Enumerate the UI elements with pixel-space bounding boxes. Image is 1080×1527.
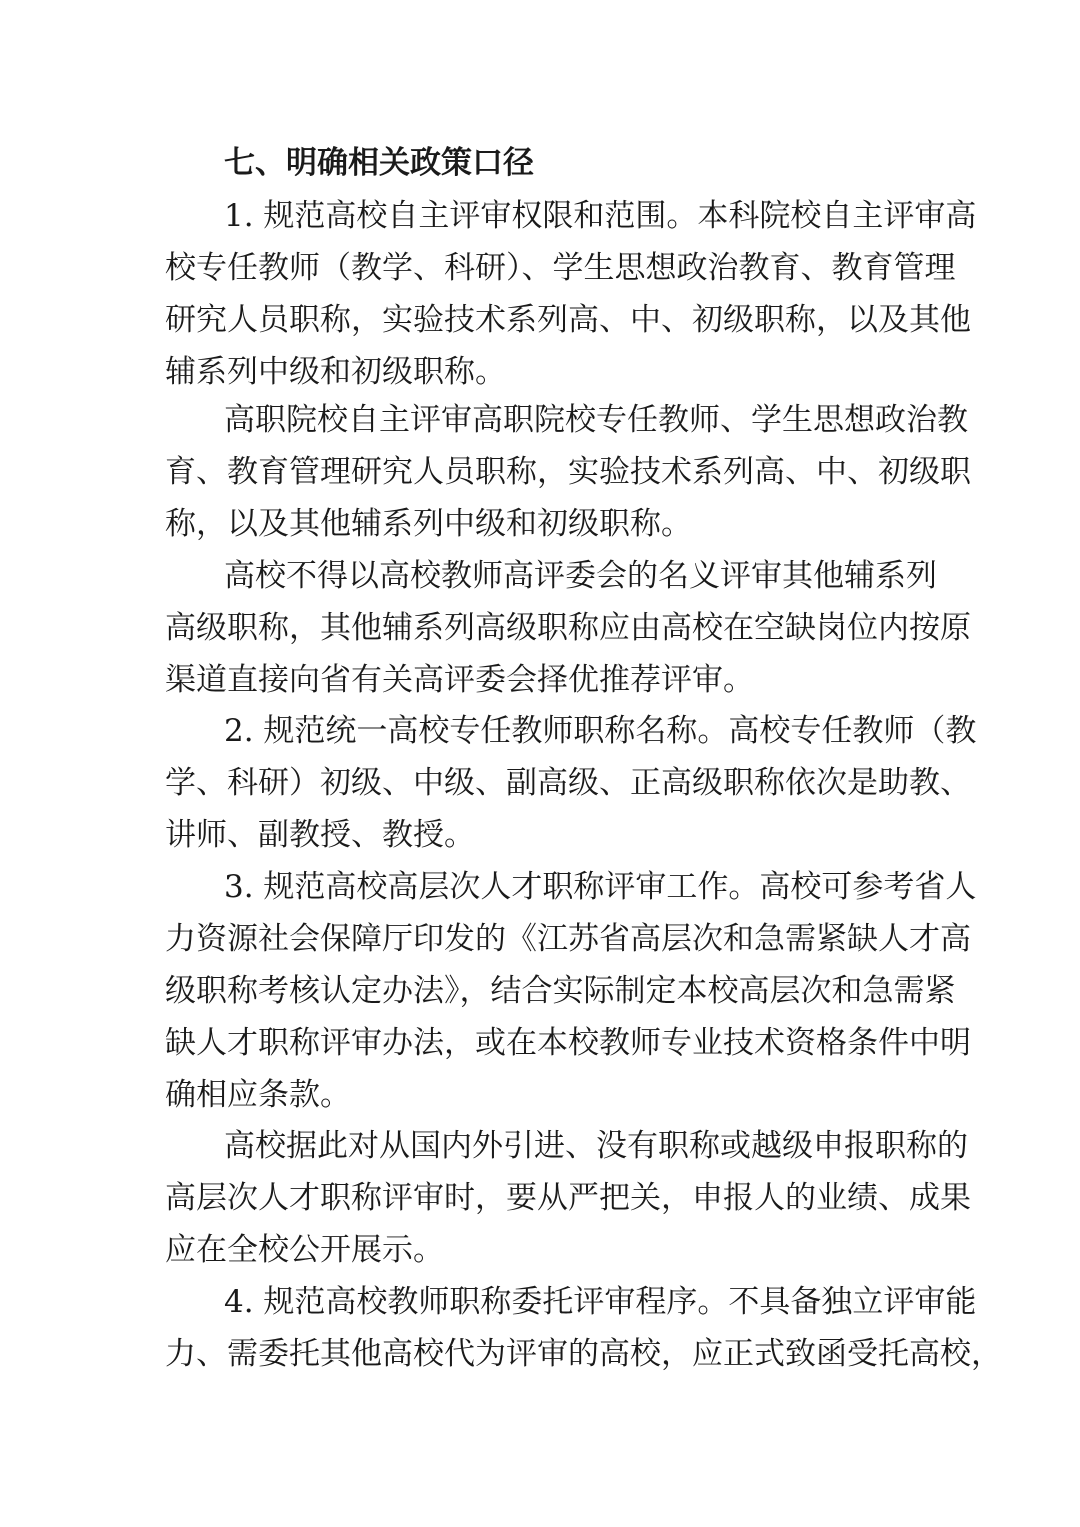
paragraph-6-line-1: 高校据此对从国内外引进、没有职称或越级申报职称的 <box>224 1120 917 1172</box>
section-heading: 七、明确相关政策口径 <box>224 137 917 189</box>
paragraph-4-line-2: 学、科研）初级、中级、副高级、正高级职称依次是助教、 <box>165 757 917 809</box>
paragraph-5-line-5: 确相应条款。 <box>165 1069 917 1121</box>
paragraph-3-line-3: 渠道直接向省有关高评委会择优推荐评审。 <box>165 654 917 706</box>
paragraph-7-line-2: 力、需委托其他高校代为评审的高校，应正式致函受托高校， <box>165 1328 917 1380</box>
paragraph-1-line-3: 研究人员职称，实验技术系列高、中、初级职称，以及其他 <box>165 294 917 346</box>
paragraph-2-line-3: 称，以及其他辅系列中级和初级职称。 <box>165 498 917 550</box>
paragraph-4-line-3: 讲师、副教授、教授。 <box>165 809 917 861</box>
paragraph-6-line-2: 高层次人才职称评审时，要从严把关，申报人的业绩、成果 <box>165 1172 917 1224</box>
paragraph-7-line-1: 4. 规范高校教师职称委托评审程序。不具备独立评审能 <box>224 1276 917 1328</box>
paragraph-2-line-1: 高职院校自主评审高职院校专任教师、学生思想政治教 <box>224 394 917 446</box>
paragraph-3-line-1: 高校不得以高校教师高评委会的名义评审其他辅系列 <box>224 550 917 602</box>
paragraph-1-line-4: 辅系列中级和初级职称。 <box>165 346 917 398</box>
paragraph-1-line-1: 1. 规范高校自主评审权限和范围。本科院校自主评审高 <box>224 190 917 242</box>
paragraph-5-line-3: 级职称考核认定办法》，结合实际制定本校高层次和急需紧 <box>165 965 917 1017</box>
paragraph-5-line-2: 力资源社会保障厅印发的《江苏省高层次和急需紧缺人才高 <box>165 913 917 965</box>
document-page: 七、明确相关政策口径 1. 规范高校自主评审权限和范围。本科院校自主评审高 校专… <box>0 0 1080 1527</box>
paragraph-2-line-2: 育、教育管理研究人员职称，实验技术系列高、中、初级职 <box>165 446 917 498</box>
paragraph-5-line-1: 3. 规范高校高层次人才职称评审工作。高校可参考省人 <box>224 861 917 913</box>
paragraph-4-line-1: 2. 规范统一高校专任教师职称名称。高校专任教师（教 <box>224 705 917 757</box>
paragraph-1-line-2: 校专任教师（教学、科研）、学生思想政治教育、教育管理 <box>165 242 917 294</box>
paragraph-3-line-2: 高级职称，其他辅系列高级职称应由高校在空缺岗位内按原 <box>165 602 917 654</box>
paragraph-6-line-3: 应在全校公开展示。 <box>165 1224 917 1276</box>
paragraph-5-line-4: 缺人才职称评审办法，或在本校教师专业技术资格条件中明 <box>165 1017 917 1069</box>
